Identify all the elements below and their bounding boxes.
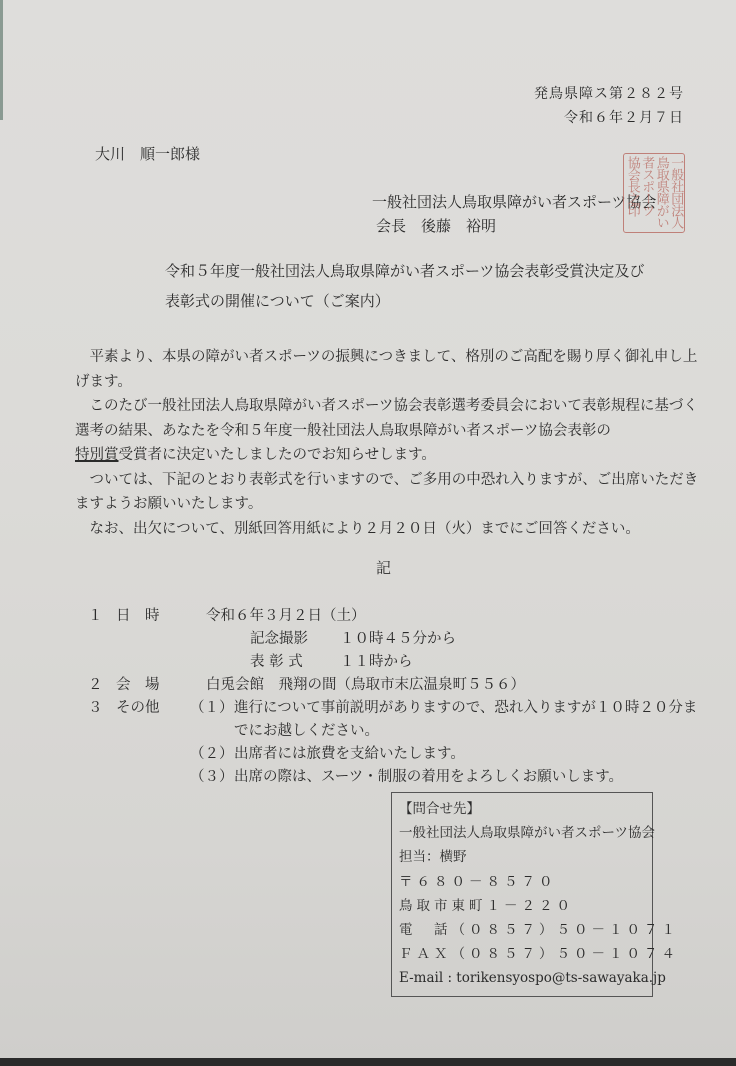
contact-address: 鳥取市東町１－２２０	[399, 894, 652, 918]
detail-sub-ceremony: 表 彰 式 １１時から	[88, 651, 697, 674]
detail-note-1-cont: でにお越しください。	[88, 720, 697, 743]
detail-item-venue: ２ 会 場 白兎会館 飛翔の間（鳥取市末広温泉町５５６）	[88, 674, 697, 697]
document-page: 発鳥県障ス第２８２号 令和６年２月７日 大川 順一郎様 一般社団法人鳥取県障がい…	[0, 0, 736, 1058]
addressee: 大川 順一郎様	[95, 143, 200, 164]
award-name: 特別賞	[75, 447, 119, 463]
letter-body: 平素より、本県の障がい者スポーツの振興につきまして、格別のご高配を賜り厚く御礼申…	[75, 345, 715, 541]
detail-sub-photo: 記念撮影 １０時４５分から	[88, 628, 697, 651]
paragraph-decision-cont: 選考の結果、あなたを令和５年度一般社団法人鳥取県障がい者スポーツ協会表彰の	[75, 419, 715, 444]
paragraph-decision-award: 特別賞受賞者に決定いたしましたのでお知らせします。	[75, 443, 715, 468]
contact-heading: 【問合せ先】	[399, 797, 652, 821]
document-number: 発鳥県障ス第２８２号	[534, 82, 684, 106]
paragraph-decision: このたび一般社団法人鳥取県障がい者スポーツ協会表彰選考委員会において表彰規程に基…	[75, 394, 715, 419]
subject-line-1: 令和５年度一般社団法人鳥取県障がい者スポーツ協会表彰受賞決定及び	[165, 256, 644, 286]
sender-organization: 一般社団法人鳥取県障がい者スポーツ協会	[372, 190, 656, 214]
seal-column: 鳥取県障がい	[655, 156, 668, 230]
subject-line-2: 表彰式の開催について（ご案内）	[165, 286, 644, 316]
official-seal-stamp: 一般社団法人 鳥取県障がい 者スポーツ 協会長之印	[623, 153, 685, 233]
ki-heading: 記	[376, 557, 391, 578]
seal-column: 者スポーツ	[640, 156, 653, 230]
paragraph-greeting-cont: げます。	[75, 370, 715, 395]
contact-box: 【問合せ先】 一般社団法人鳥取県障がい者スポーツ協会 担当：横野 〒６８０－８５…	[391, 792, 653, 997]
contact-fax: ＦＡＸ（０８５７）５０－１０７４	[399, 942, 652, 966]
seal-column: 協会長之印	[626, 156, 639, 230]
contact-postal-code: 〒６８０－８５７０	[399, 870, 652, 894]
contact-person: 担当：横野	[399, 845, 652, 869]
paragraph-rsvp: なお、出欠について、別紙回答用紙により２月２０日（火）までにご回答ください。	[75, 517, 715, 542]
paragraph-request: ついては、下記のとおり表彰式を行いますので、ご多用の中恐れ入りますが、ご出席いた…	[75, 468, 715, 493]
sender-president: 会長 後藤 裕明	[372, 214, 656, 238]
document-date: 令和６年２月７日	[534, 106, 684, 130]
paragraph-request-cont: ますようお願いいたします。	[75, 492, 715, 517]
sender-block: 一般社団法人鳥取県障がい者スポーツ協会 会長 後藤 裕明	[372, 190, 656, 238]
background-edge	[0, 0, 3, 120]
contact-organization: 一般社団法人鳥取県障がい者スポーツ協会	[399, 821, 652, 845]
detail-item-other: ３ その他 （１） 進行について事前説明がありますので、恐れ入りますが１０時２０…	[88, 697, 697, 720]
detail-note-2: （２） 出席者には旅費を支給いたします。	[88, 743, 697, 766]
paragraph-greeting: 平素より、本県の障がい者スポーツの振興につきまして、格別のご高配を賜り厚く御礼申…	[75, 345, 715, 370]
details-list: １ 日 時 令和６年３月２日（土） 記念撮影 １０時４５分から 表 彰 式 １１…	[88, 605, 697, 789]
document-header: 発鳥県障ス第２８２号 令和６年２月７日	[534, 82, 684, 130]
subject-title: 令和５年度一般社団法人鳥取県障がい者スポーツ協会表彰受賞決定及び 表彰式の開催に…	[165, 256, 644, 316]
contact-phone: 電 話（０８５７）５０－１０７１	[399, 918, 652, 942]
contact-email: E-mail : torikensyospo@ts-sawayaka.jp	[399, 966, 652, 990]
detail-item-datetime: １ 日 時 令和６年３月２日（土）	[88, 605, 697, 628]
detail-note-3: （３） 出席の際は、スーツ・制服の着用をよろしくお願いします。	[88, 766, 697, 789]
seal-column: 一般社団法人	[669, 156, 682, 230]
